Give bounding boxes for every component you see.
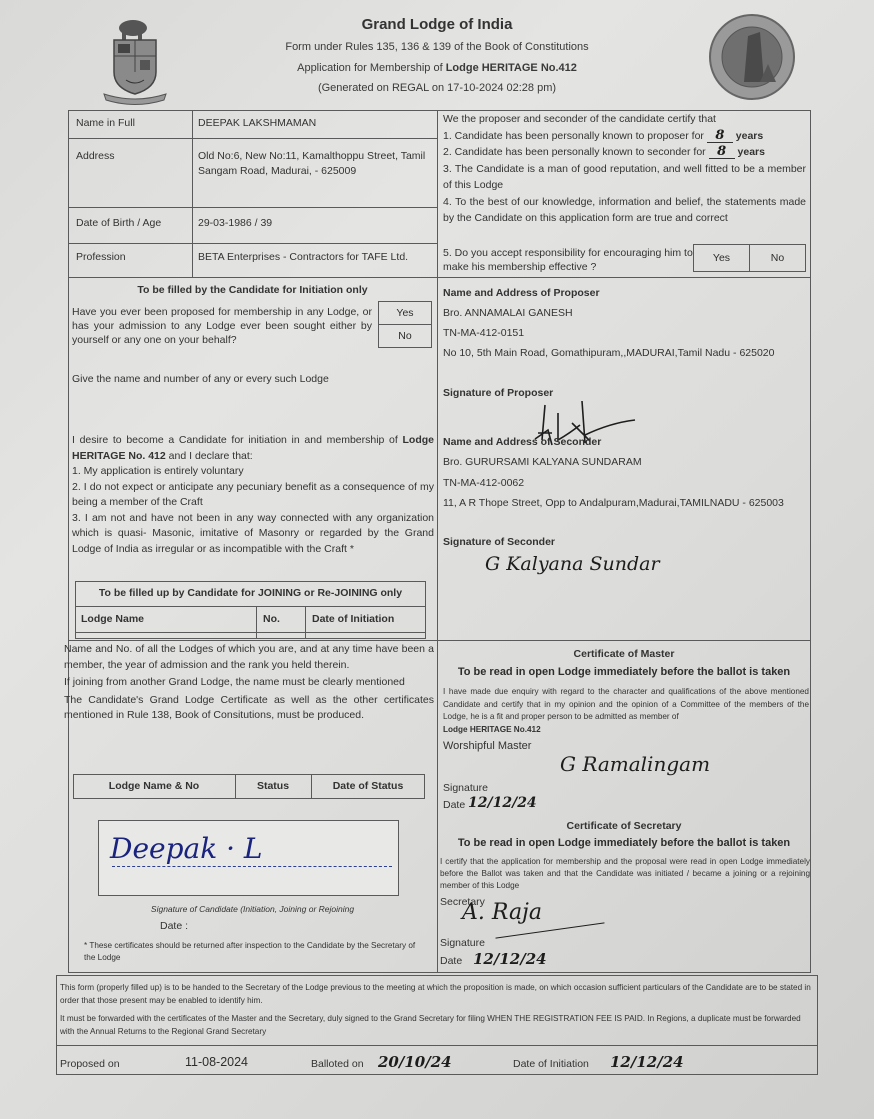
proposer-heading: Name and Address of Proposer xyxy=(443,286,600,301)
certify-item-5: 5. Do you accept responsibility for enco… xyxy=(443,246,693,274)
joining-col-number: No. xyxy=(263,612,280,627)
certify-item-3: 3. The Candidate is a man of good reputa… xyxy=(443,161,806,194)
secretary-subheading: To be read in open Lodge immediately bef… xyxy=(437,837,811,849)
status-col-date: Date of Status xyxy=(311,779,425,794)
master-signature-label: Signature xyxy=(443,781,488,796)
certify-item-4: 4. To the best of our knowledge, informa… xyxy=(443,194,806,227)
declaration-block: I desire to become a Candidate for initi… xyxy=(72,433,434,557)
certify-item-1: 1. Candidate has been personally known t… xyxy=(443,128,806,145)
declaration-item-2: 2. I do not expect or anticipate any pec… xyxy=(72,480,434,511)
secretary-date-label: Date xyxy=(440,954,462,969)
profession-value: BETA Enterprises - Contractors for TAFE … xyxy=(198,250,408,265)
status-col-status: Status xyxy=(235,779,311,794)
joining-col-lodge-name: Lodge Name xyxy=(81,612,144,627)
initiation-question: Have you ever been proposed for membersh… xyxy=(72,305,372,347)
candidate-signature-caption: Signature of Candidate (Initiation, Join… xyxy=(68,904,437,914)
joining-instructions: Name and No. of all the Lodges of which … xyxy=(64,642,434,724)
declaration-intro: I desire to become a Candidate for initi… xyxy=(72,433,434,464)
master-date: 12/12/24 xyxy=(468,795,537,811)
candidate-signature-line xyxy=(112,866,392,867)
certify-item-2: 2. Candidate has been personally known t… xyxy=(443,144,806,161)
master-date-label: Date xyxy=(443,798,465,813)
dob-value: 29-03-1986 / 39 xyxy=(198,216,272,231)
dob-label: Date of Birth / Age xyxy=(76,216,161,231)
master-lodge: Lodge HERITAGE No.412 xyxy=(443,725,541,734)
application-form-page: Grand Lodge of India Form under Rules 13… xyxy=(0,0,874,1119)
date-of-initiation-value: 12/12/24 xyxy=(610,1053,684,1071)
give-lodge-name-prompt: Give the name and number of any or every… xyxy=(72,372,329,387)
certify-block: We the proposer and seconder of the cand… xyxy=(443,111,806,227)
footer-note-2: It must be forwarded with the certificat… xyxy=(60,1013,815,1038)
status-col-lodge: Lodge Name & No xyxy=(73,779,235,794)
master-signature: G Ramalingam xyxy=(560,752,710,776)
secretary-heading: Certificate of Secretary xyxy=(437,819,811,834)
date-of-initiation-label: Date of Initiation xyxy=(513,1057,589,1072)
address-value: Old No:6, New No:11, Kamalthoppu Street,… xyxy=(198,149,433,179)
name-value: DEEPAK LAKSHMAMAN xyxy=(198,116,316,131)
master-subheading: To be read in open Lodge immediately bef… xyxy=(437,666,811,678)
seconder-address: 11, A R Thope Street, Opp to Andalpuram,… xyxy=(443,496,808,511)
application-line: Application for Membership of Lodge HERI… xyxy=(0,62,874,74)
declaration-item-3: 3. I am not and have not been in any way… xyxy=(72,511,434,558)
details-divider xyxy=(192,110,193,277)
seconder-id: TN-MA-412-0062 xyxy=(443,476,524,491)
initiation-heading: To be filled by the Candidate for Initia… xyxy=(68,283,437,298)
master-heading: Certificate of Master xyxy=(437,647,811,662)
seconder-name: Bro. GURURSAMI KALYANA SUNDARAM xyxy=(443,455,642,470)
seconder-years-value: 8 xyxy=(709,145,735,159)
application-prefix: Application for Membership of xyxy=(297,62,446,74)
address-label: Address xyxy=(76,149,115,164)
secretary-text: I certify that the application for membe… xyxy=(440,856,810,892)
secretary-date: 12/12/24 xyxy=(473,950,547,968)
master-text: I have made due enquiry with regard to t… xyxy=(443,686,809,736)
balloted-on-label: Balloted on xyxy=(311,1057,364,1072)
proposer-id: TN-MA-412-0151 xyxy=(443,326,524,341)
candidate-date-label: Date : xyxy=(160,919,188,934)
form-title: Grand Lodge of India xyxy=(0,16,874,33)
proposer-years-value: 8 xyxy=(707,129,733,143)
proposed-before-no-option[interactable]: No xyxy=(378,324,432,348)
seconder-signature-label: Signature of Seconder xyxy=(443,535,555,550)
joining-heading: To be filled up by Candidate for JOINING… xyxy=(75,586,426,601)
footer-note-1: This form (properly filled up) is to be … xyxy=(60,982,815,1007)
secretary-signature-label: Signature xyxy=(440,936,485,951)
generated-timestamp: (Generated on REGAL on 17-10-2024 02:28 … xyxy=(0,82,874,94)
secretary-signature: A. Raja xyxy=(462,900,542,925)
certify-intro: We the proposer and seconder of the cand… xyxy=(443,111,806,128)
balloted-on-value: 20/10/24 xyxy=(378,1053,452,1071)
seconder-signature: G Kalyana Sundar xyxy=(485,553,660,575)
responsibility-yes-option[interactable]: Yes xyxy=(693,244,750,272)
joining-para-1: Name and No. of all the Lodges of which … xyxy=(64,642,434,673)
profession-label: Profession xyxy=(76,250,126,265)
proposed-before-yes-option[interactable]: Yes xyxy=(378,301,432,325)
proposed-on-value: 11-08-2024 xyxy=(185,1055,248,1069)
lodge-name: Lodge HERITAGE No.412 xyxy=(446,62,577,74)
proposer-name: Bro. ANNAMALAI GANESH xyxy=(443,306,573,321)
proposed-on-label: Proposed on xyxy=(60,1057,120,1072)
certificates-footnote: * These certificates should be returned … xyxy=(84,940,424,964)
joining-col-date-of-initiation: Date of Initiation xyxy=(312,612,394,627)
declaration-item-1: 1. My application is entirely voluntary xyxy=(72,464,434,480)
joining-para-3: The Candidate's Grand Lodge Certificate … xyxy=(64,693,434,724)
form-rules-line: Form under Rules 135, 136 & 139 of the B… xyxy=(0,41,874,53)
master-role: Worshipful Master xyxy=(443,739,531,754)
name-label: Name in Full xyxy=(76,116,135,131)
responsibility-no-option[interactable]: No xyxy=(749,244,806,272)
seconder-heading: Name and Address of Seconder xyxy=(443,435,601,450)
proposer-address: No 10, 5th Main Road, Gomathipuram,,MADU… xyxy=(443,346,808,361)
candidate-signature: Deepak · L xyxy=(110,832,262,865)
joining-para-2: If joining from another Grand Lodge, the… xyxy=(64,675,434,691)
